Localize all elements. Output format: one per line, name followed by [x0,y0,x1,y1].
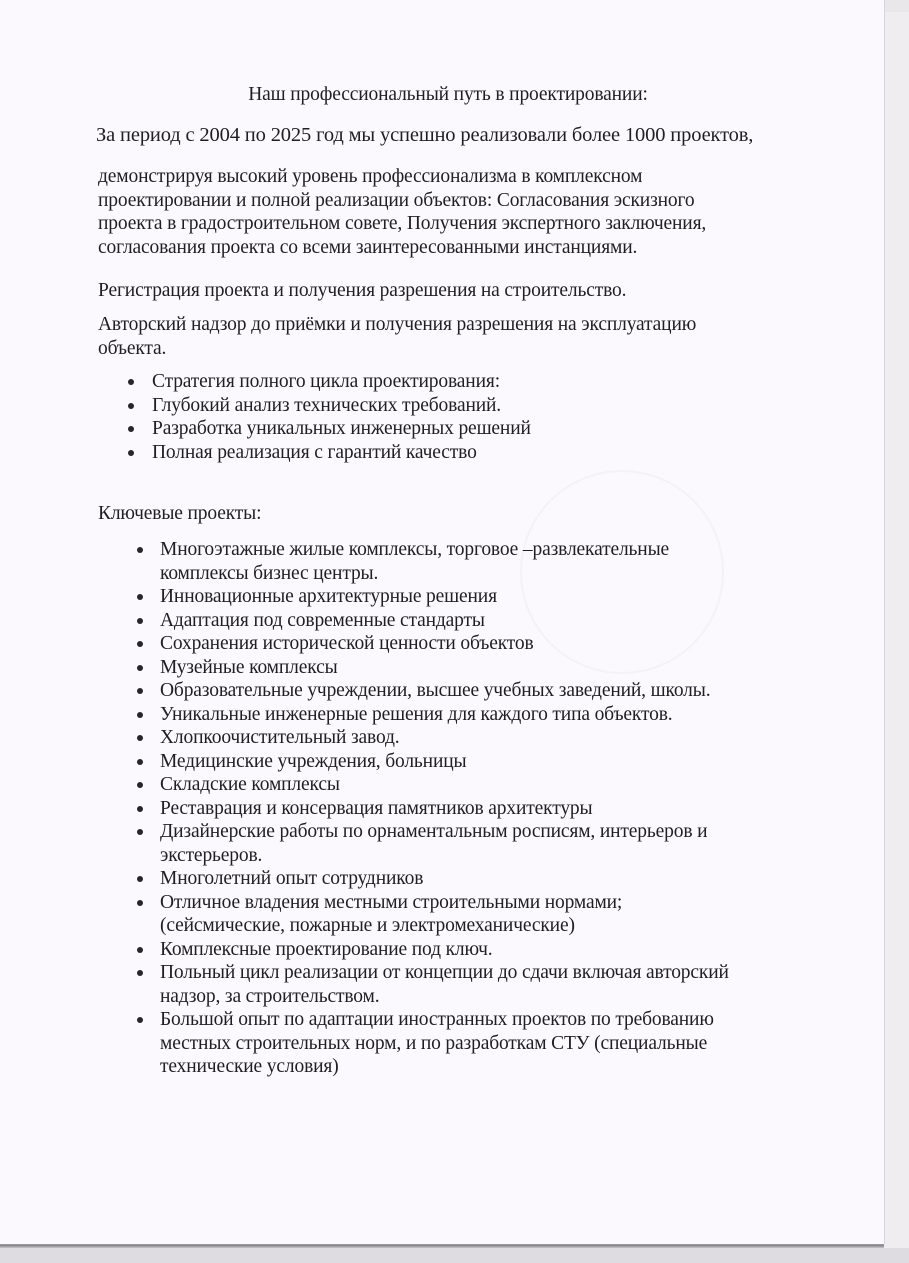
list-item: Полная реализация с гарантий качество [128,441,531,465]
list-item: Многолетний опыт сотрудников [137,867,729,891]
intro-line: проекта в градостроительном совете, Полу… [98,212,706,236]
list-item-line: Медицинские учреждения, больницы [160,750,729,774]
bullet-icon [137,594,143,600]
list-item-line: Инновационные архитектурные решения [160,585,729,609]
list-item-line: местных строительных норм, и по разработ… [160,1032,729,1056]
list-item-line: Многоэтажные жилые комплексы, торговое –… [160,538,729,562]
list-item-line: Складские комплексы [160,773,729,797]
bullet-icon [137,1017,143,1023]
bullet-icon [137,782,143,788]
list-item-line: Реставрация и консервация памятников арх… [160,797,729,821]
list-item-line: комплексы бизнес центры. [160,562,729,586]
intro-line: проектировании и полной реализации объек… [98,189,706,213]
bullet-icon [137,876,143,882]
list-item: Дизайнерские работы по орнаментальным ро… [137,820,729,867]
scan-right-edge [884,12,909,1262]
intro-line: согласования проекта со всеми заинтересо… [98,236,706,260]
key-projects-list: Многоэтажные жилые комплексы, торговое –… [137,538,729,1079]
list-item-line: Образовательные учреждении, высшее учебн… [160,679,729,703]
list-item: Стратегия полного цикла проектирования: [128,370,531,394]
list-item-line: Большой опыт по адаптации иностранных пр… [160,1008,729,1032]
scanned-page: Наш профессиональный путь в проектирован… [0,0,884,1244]
list-item-line: Сохранения исторической ценности объекто… [160,632,729,656]
list-item: Большой опыт по адаптации иностранных пр… [137,1008,729,1079]
list-item: Многоэтажные жилые комплексы, торговое –… [137,538,729,585]
list-item-line: Комплексные проектирование под ключ. [160,938,729,962]
document-title: Наш профессиональный путь в проектирован… [0,84,884,106]
supervision-paragraph: Авторский надзор до приёмки и получения … [98,313,696,360]
intro-line: демонстрируя высокий уровень профессиона… [98,165,706,189]
bullet-icon [137,947,143,953]
list-item-line: Польный цикл реализации от концепции до … [160,961,729,985]
list-item: Реставрация и консервация памятников арх… [137,797,729,821]
list-item: Медицинские учреждения, больницы [137,750,729,774]
list-item-line: технические условия) [160,1055,729,1079]
bullet-icon [137,829,143,835]
list-item-line: Дизайнерские работы по орнаментальным ро… [160,820,729,844]
bullet-icon [137,970,143,976]
list-item-line: Музейные комплексы [160,656,729,680]
list-item: Образовательные учреждении, высшее учебн… [137,679,729,703]
registration-paragraph: Регистрация проекта и получения разрешен… [98,280,626,302]
bullet-icon [137,641,143,647]
bullet-icon [137,735,143,741]
list-item: Глубокий анализ технических требований. [128,394,531,418]
bullet-icon [137,665,143,671]
supervision-line: Авторский надзор до приёмки и получения … [98,313,696,337]
bullet-icon [128,426,134,432]
intro-first-line: За период с 2004 по 2025 год мы успешно … [96,124,753,147]
key-projects-heading: Ключевые проекты: [98,503,261,525]
list-item: Музейные комплексы [137,656,729,680]
list-item-line: экстерьеров. [160,844,729,868]
bullet-icon [137,806,143,812]
list-item: Инновационные архитектурные решения [137,585,729,609]
bullet-icon [128,379,134,385]
bullet-icon [137,618,143,624]
list-item-line: Хлопкоочистительный завод. [160,726,729,750]
scan-bottom-edge [0,1248,909,1263]
intro-paragraph: демонстрируя высокий уровень профессиона… [98,165,706,259]
list-item: Отличное владения местными строительными… [137,891,729,938]
supervision-line: объекта. [98,337,696,361]
bullet-icon [137,688,143,694]
list-item-line: Адаптация под современные стандарты [160,609,729,633]
bullet-icon [137,900,143,906]
list-item-line: Уникальные инженерные решения для каждог… [160,703,729,727]
list-item-line: надзор, за строительством. [160,985,729,1009]
bullet-icon [128,450,134,456]
list-item: Комплексные проектирование под ключ. [137,938,729,962]
list-item: Сохранения исторической ценности объекто… [137,632,729,656]
list-item: Адаптация под современные стандарты [137,609,729,633]
list-item-line: (сейсмические, пожарные и электромеханич… [160,914,729,938]
list-item-line: Отличное владения местными строительными… [160,891,729,915]
bullet-icon [137,712,143,718]
bullet-icon [137,547,143,553]
list-item: Польный цикл реализации от концепции до … [137,961,729,1008]
list-item: Разработка уникальных инженерных решений [128,417,531,441]
strategy-list: Стратегия полного цикла проектирования: … [128,370,531,464]
bullet-icon [137,759,143,765]
list-item: Хлопкоочистительный завод. [137,726,729,750]
list-item: Складские комплексы [137,773,729,797]
bullet-icon [128,403,134,409]
list-item: Уникальные инженерные решения для каждог… [137,703,729,727]
list-item-line: Многолетний опыт сотрудников [160,867,729,891]
